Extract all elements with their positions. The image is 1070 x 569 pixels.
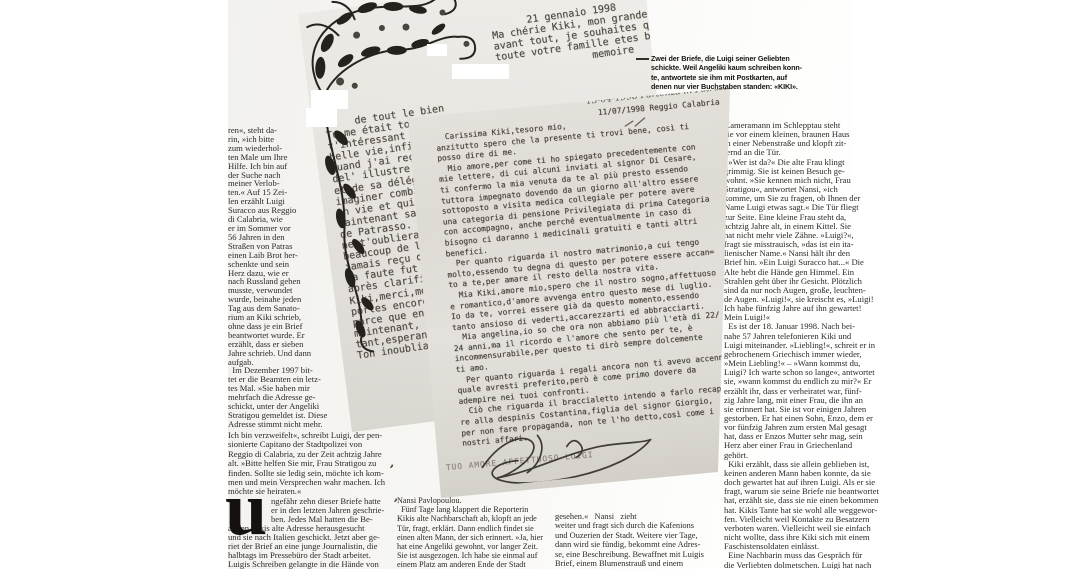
text-line: Brief, einem Blumenstrauß und einem xyxy=(555,559,704,568)
article-column-bottom-middle: gesehen.« Nansi ziehtweiter und fragt si… xyxy=(555,512,704,568)
text-line: Luigis Schreiben gelangte in die Hände v… xyxy=(228,560,380,569)
text-line: Kikis alte Nachbarschaft ab, klopft an j… xyxy=(397,514,543,523)
text-line: einem Platz am anderen Ende der Stadt xyxy=(397,560,543,569)
text-line: hat eine Angeliki gewohnt, vor langer Ze… xyxy=(397,542,543,551)
text-line: Fünf Tage lang klappert die Reporterin xyxy=(397,505,543,514)
text-line: se, eine Beschreibung. Bewaffnet mit Lui… xyxy=(555,550,704,559)
text-line: Nansi Pavlopoulou. xyxy=(397,496,543,505)
redaction-box xyxy=(311,90,348,109)
caption-leader-line xyxy=(636,58,649,60)
text-line: die Verliebten dolmetschen. Luigi hat na… xyxy=(724,561,879,569)
article-dropcap-paragraph-indented: ngefähr zehn dieser Briefe hatteer in de… xyxy=(271,497,384,524)
redaction-box xyxy=(427,44,447,56)
photo-caption: Zwei der Briefe, die Luigi seiner Gelieb… xyxy=(651,54,802,92)
text-line: Sie ist ausgezogen. Ich habe sie einmal … xyxy=(397,551,543,560)
italian-letter-body: Carissima Kiki,tesoro mio,anzitutto sper… xyxy=(435,108,743,449)
text-line: Adresse stimmt nicht mehr. xyxy=(228,420,327,429)
text-line: weiter und fragt sich durch die Kafenion… xyxy=(555,521,704,530)
article-column-bottom-left: Nansi Pavlopoulou. Fünf Tage lang klappe… xyxy=(397,496,543,569)
redaction-box xyxy=(306,108,337,127)
redaction-box xyxy=(452,64,509,79)
text-line: einen alten Mann, der sich erinnert. »Ja… xyxy=(397,533,543,542)
text-line: und Ouzerien der Stadt. Weitere vier Tag… xyxy=(555,531,704,540)
text-line: te, antwortete sie ihm mit Postkarten, a… xyxy=(651,73,802,82)
drop-cap-u: u xyxy=(225,481,267,537)
text-line: denen nur vier Buchstaben standen: «KIKI… xyxy=(651,82,802,91)
magazine-page-scan: ren«, steht da-rin, »ich bittezum wieder… xyxy=(0,0,1070,569)
text-line: Zwei der Briefe, die Luigi seiner Gelieb… xyxy=(651,54,802,63)
text-line: schickte. Weil Angeliki kaum schreiben k… xyxy=(651,63,802,72)
text-line: Tür, fragt, erklärt. Dann endlich findet… xyxy=(397,524,543,533)
text-line: gesehen.« Nansi zieht xyxy=(555,512,704,521)
italian-letter-scan: 13-04-1998 Partenza in Patrasso 11/07/19… xyxy=(405,85,737,507)
text-line: dann wird sie fündig, bekommt eine Adres… xyxy=(555,540,704,549)
article-column-right: Kameramann im Schlepptau stehtsie vor ei… xyxy=(724,121,879,569)
